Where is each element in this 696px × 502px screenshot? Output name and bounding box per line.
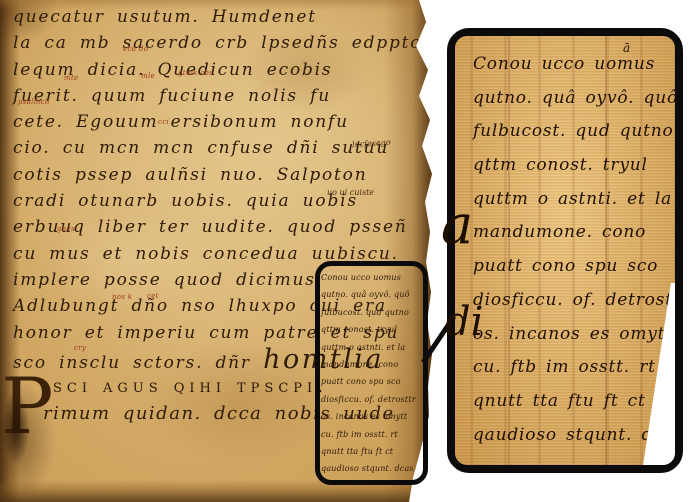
inset-text-line: qnutt tta ftu ft ct (473, 385, 675, 419)
inset-overlapping-letter-a: a (441, 198, 473, 252)
red-gloss: cry (74, 344, 86, 352)
inset-text-block: Conou ucco uomus qutno. quâ oyvô. quô fu… (473, 48, 675, 452)
inset-text-line: Conou ucco uomus (473, 48, 675, 82)
ink-stain (3, 392, 29, 464)
text-line: cotis pssep aulñsi nuo. Salpoton (13, 162, 429, 188)
marginal-note: uo ui cuiste (327, 188, 374, 197)
red-gloss: mte (64, 74, 79, 82)
red-gloss: psalmch (18, 98, 50, 106)
inset-text-line: quttm o astnti. et la (473, 183, 675, 217)
inset-text-line: os. incanos es omytt (473, 318, 675, 352)
callout-box (315, 261, 428, 485)
inset-text-line: mandumone. cono (473, 216, 675, 250)
text-line: cete. Egouum ersibonum nonfu (13, 109, 429, 135)
inset-text-line: cu. ftb im osstt. rt (473, 351, 675, 385)
inset-text-line: qttm conost. tryul (473, 149, 675, 183)
text-line: la ca mb sacerdo crb lpsedñs edppto. (13, 30, 429, 56)
red-gloss: cci (158, 118, 169, 126)
screenshot-root: quecatur usutum. Humdenet la ca mb sacer… (0, 0, 696, 502)
text-line: erbuuq liber ter uudite. quod psseñ (13, 214, 429, 240)
inset-text-line: qaudioso stqunt. dcas (473, 419, 675, 453)
inset-text-line: puatt cono spu sco (473, 250, 675, 284)
text-line: quecatur usutum. Humdenet (13, 4, 429, 30)
inset-text-line: diosficcu. of. detrosttr (473, 284, 675, 318)
inset-overlapping-letter-di: di (445, 302, 483, 342)
red-gloss: cet (147, 292, 159, 300)
red-gloss: nos k (112, 293, 132, 301)
red-gloss: gtulk cos (178, 69, 213, 77)
red-gloss: ecd do (123, 45, 148, 53)
inset-text-line: fulbucost. qud qutno (473, 115, 675, 149)
red-gloss: ghes (57, 225, 75, 233)
red-gloss: mle (141, 72, 155, 80)
inset-parchment: Conou ucco uomus qutno. quâ oyvô. quô fu… (455, 36, 675, 465)
text-line: fuerit. quum fuciune nolis fu (13, 83, 429, 109)
magnifier-inset: Conou ucco uomus qutno. quâ oyvô. quô fu… (447, 28, 683, 473)
inset-text-line: qutno. quâ oyvô. quô (473, 82, 675, 116)
superscript-mark: ā (623, 42, 630, 54)
